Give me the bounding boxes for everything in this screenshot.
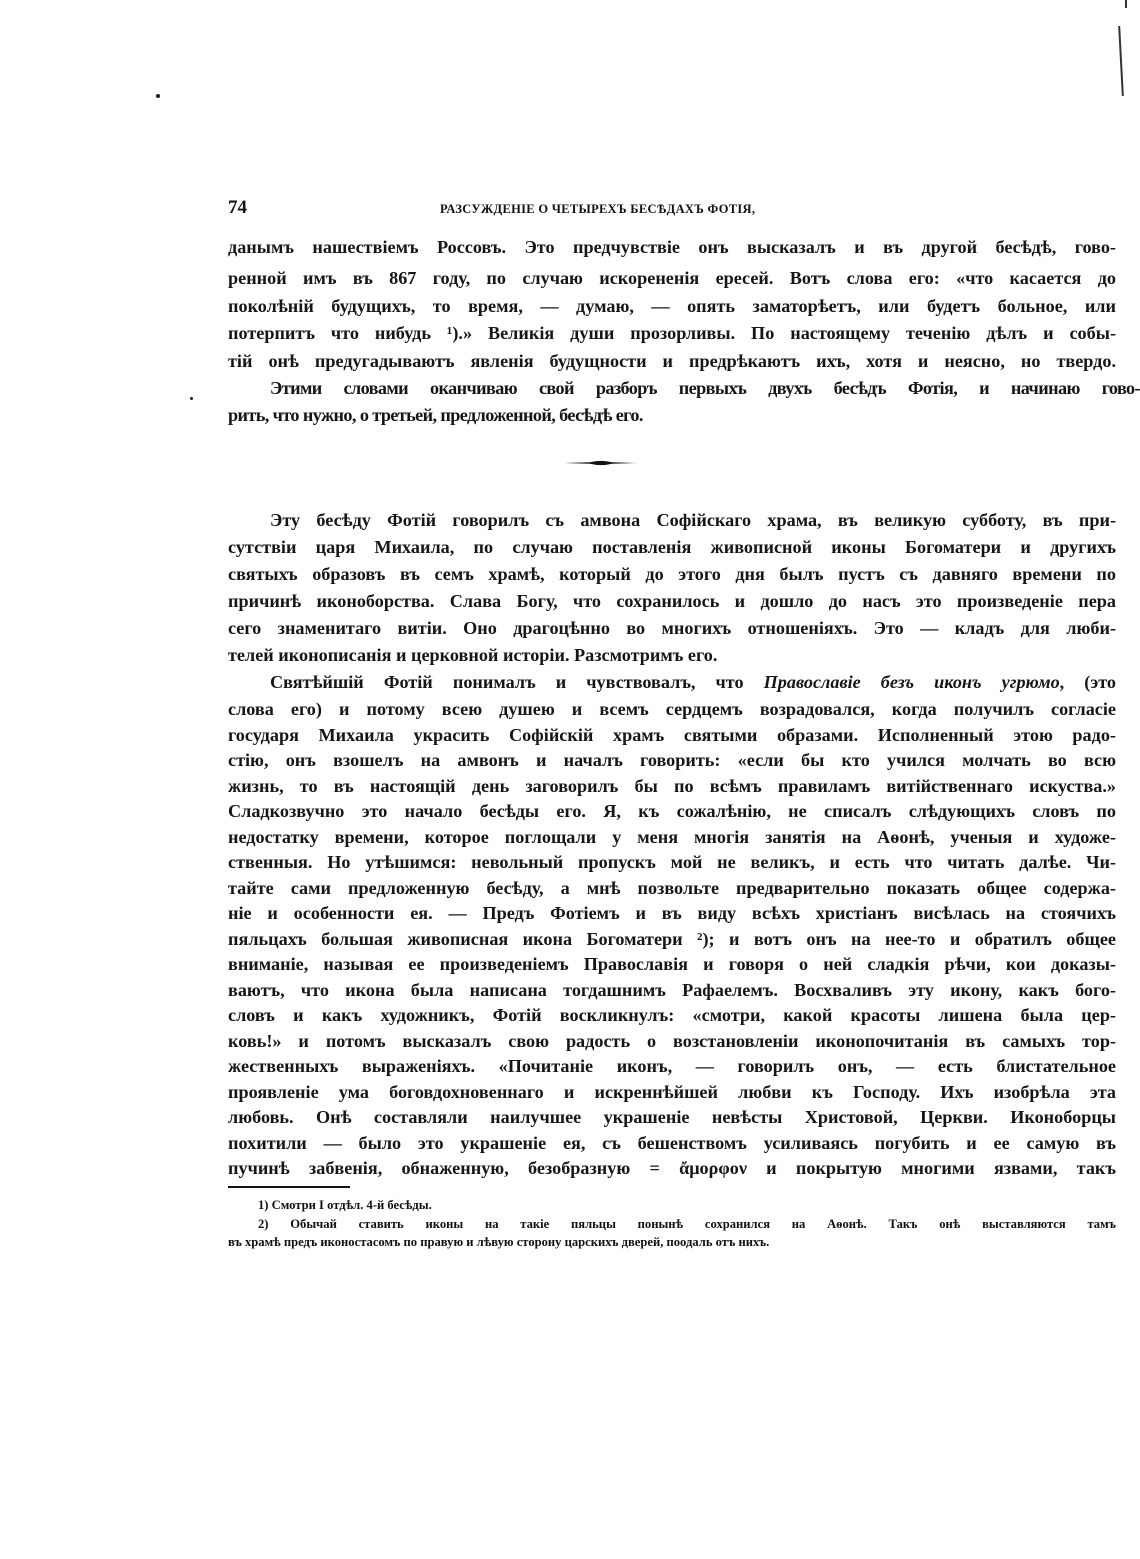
edge-mark bbox=[1125, 0, 1127, 8]
text-line: рить, что нужно, о третьей, предложенной… bbox=[228, 404, 1116, 426]
text-line: сего знаменитаго витіи. Оно драгоцѣнно в… bbox=[228, 617, 1116, 639]
ornament-divider-icon bbox=[564, 460, 638, 466]
text-line: сутствіи царя Михаила, по случаю поставл… bbox=[228, 536, 1116, 558]
footnote-2-line-2: въ храмѣ предъ иконостасомъ по правую и … bbox=[228, 1234, 1116, 1250]
text-line: данымъ нашествіемъ Россовъ. Это предчувс… bbox=[228, 236, 1116, 258]
text-line: телей иконописанія и церковной исторіи. … bbox=[228, 644, 1116, 666]
text-line: ренной имъ въ 867 году, по случаю искоре… bbox=[228, 267, 1116, 289]
page-number: 74 bbox=[228, 197, 247, 219]
text-line: пяльцахъ большая живописная икона Богома… bbox=[228, 928, 1116, 950]
text-line: причинѣ иконоборства. Слава Богу, что со… bbox=[228, 590, 1116, 612]
text-line: ственныя. Но утѣшимся: невольный пропуск… bbox=[228, 851, 1116, 873]
text-line: святыхъ образовъ въ семъ храмѣ, который … bbox=[228, 563, 1116, 585]
text-line: недостатку времени, которое поглощали у … bbox=[228, 826, 1116, 848]
text-line: потерпитъ что нибудь ¹).» Великія души п… bbox=[228, 322, 1116, 344]
text-line: тій онѣ предугадываютъ явленія будущност… bbox=[228, 350, 1116, 372]
text-line: любовь. Онѣ составляли наилучшее украшен… bbox=[228, 1106, 1116, 1128]
text-span: , (это bbox=[1060, 672, 1116, 692]
text-line: тайте сами предложенную бесѣду, а мнѣ по… bbox=[228, 877, 1116, 899]
text-span: Святѣйшій Фотій понималъ и чувствовалъ, … bbox=[270, 672, 764, 692]
text-line: пучинѣ забвенія, обнаженную, безобразную… bbox=[228, 1157, 1116, 1179]
text-line: поколѣній будущихъ, то время, — думаю, —… bbox=[228, 295, 1116, 317]
edge-mark bbox=[1118, 26, 1124, 96]
text-line: жественныхъ выраженіяхъ. «Почитаніе икон… bbox=[228, 1055, 1116, 1077]
text-line: Эту бесѣду Фотій говорилъ съ амвона Софі… bbox=[270, 509, 1116, 531]
footnote-1: 1) Смотри I отдѣл. 4-й бесѣды. bbox=[258, 1197, 1116, 1213]
italic-quote: Православіе безъ иконъ угрюмо bbox=[764, 672, 1060, 692]
scan-speck bbox=[156, 94, 160, 98]
text-line: ковь!» и потомъ высказалъ свою радость о… bbox=[228, 1030, 1116, 1052]
footnote-2-line-1: 2) Обычай ставить иконы на такіе пяльцы … bbox=[258, 1216, 1116, 1232]
page-header: 74 РАЗСУЖДЕНІЕ О ЧЕТЫРЕХЪ БЕСѢДАХЪ ФОТІЯ… bbox=[228, 197, 778, 221]
text-line: стію, онъ взошелъ на амвонъ и началъ гов… bbox=[228, 749, 1116, 771]
text-line: Сладкозвучно это начало бесѣды его. Я, к… bbox=[228, 800, 1116, 822]
footnote-rule bbox=[228, 1186, 350, 1188]
text-line: жизнь, то въ настоящій день заговорилъ б… bbox=[228, 775, 1116, 797]
text-line: словъ и какъ художникъ, Фотій воскликнул… bbox=[228, 1004, 1116, 1026]
text-line: ваютъ, что икона была написана тогдашним… bbox=[228, 979, 1116, 1001]
text-line: ніе и особенности ея. — Предъ Фотіемъ и … bbox=[228, 902, 1116, 924]
text-line: Святѣйшій Фотій понималъ и чувствовалъ, … bbox=[270, 671, 1116, 693]
scan-speck bbox=[190, 397, 193, 400]
text-line: похитили — было это украшеніе ея, съ беш… bbox=[228, 1132, 1116, 1154]
text-line: государя Михаила украсить Софійскій храм… bbox=[228, 724, 1116, 746]
text-line: слова его) и потому всею душею и всемъ с… bbox=[228, 698, 1116, 720]
text-line: вниманіе, называя ее произведеніемъ Прав… bbox=[228, 953, 1116, 975]
text-line: Этими словами оканчиваю свой разборъ пер… bbox=[270, 377, 1140, 399]
running-title: РАЗСУЖДЕНІЕ О ЧЕТЫРЕХЪ БЕСѢДАХЪ ФОТІЯ, bbox=[440, 202, 755, 217]
text-line: проявленіе ума боговдохновеннаго и искре… bbox=[228, 1081, 1116, 1103]
